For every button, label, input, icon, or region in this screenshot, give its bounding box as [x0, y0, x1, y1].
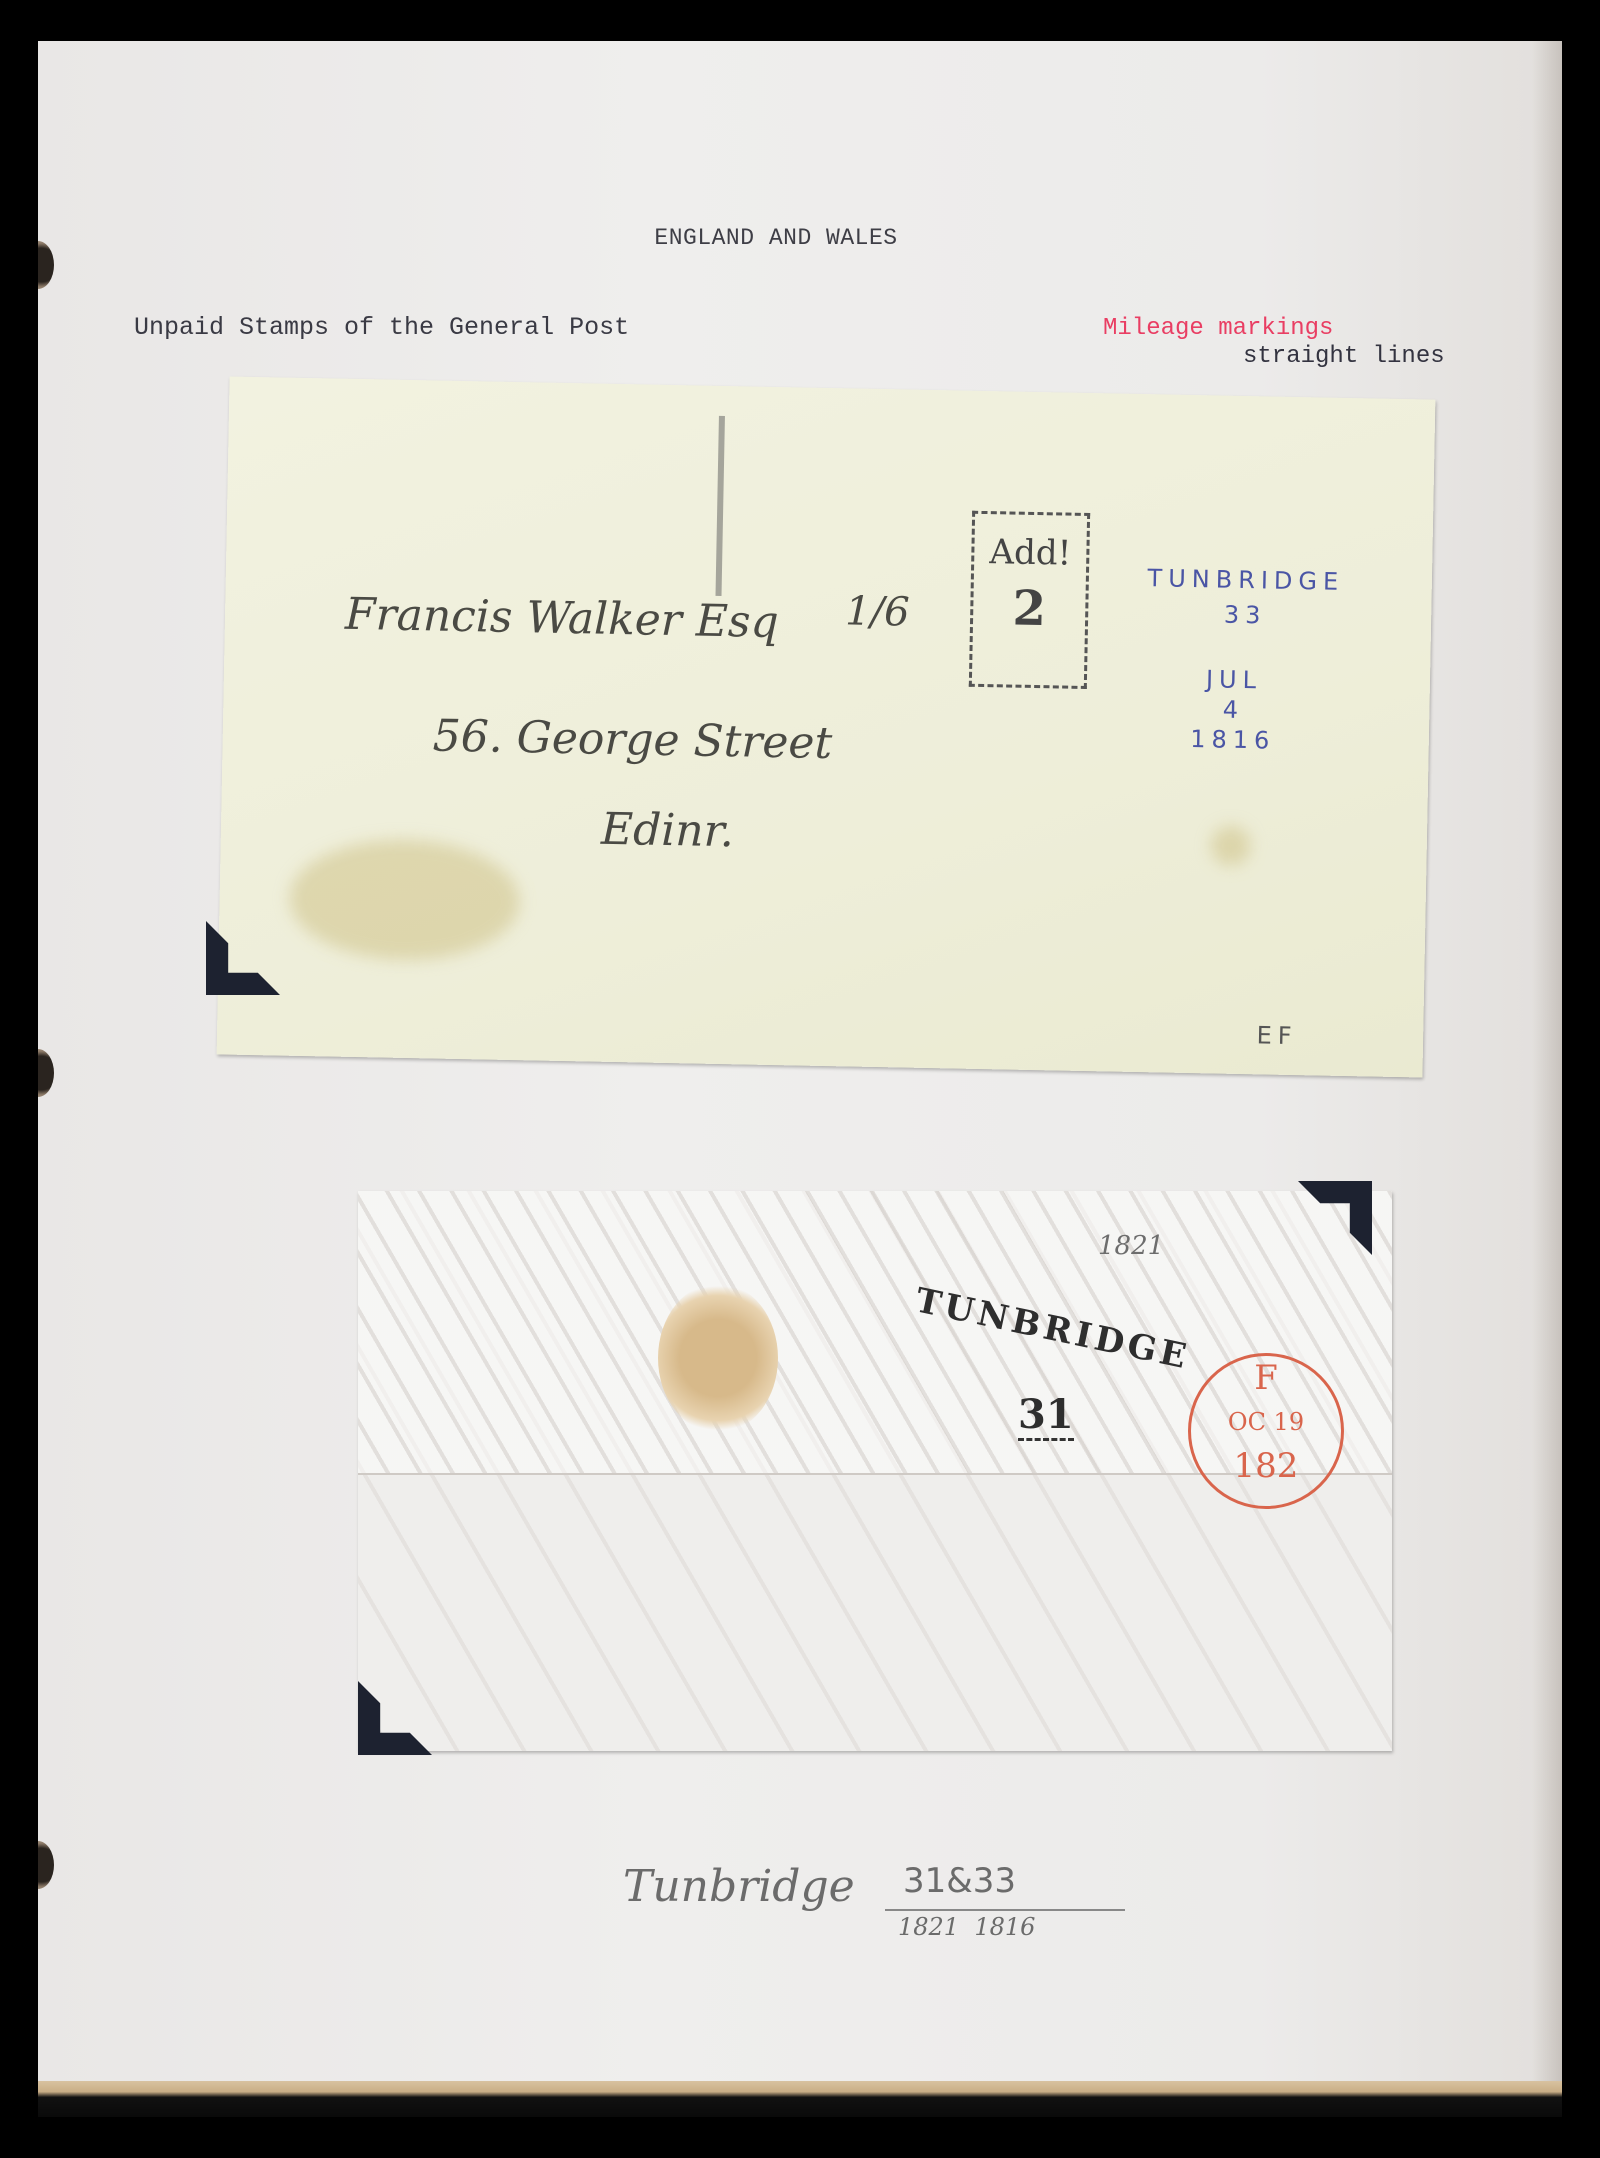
address-line: Edinr.	[601, 804, 735, 858]
binder-hole	[38, 1841, 54, 1889]
stain	[288, 838, 520, 962]
grade-note: EF	[1237, 1021, 1318, 1051]
pencil-note-day: 4	[1163, 694, 1304, 725]
pencil-note-town: TUNBRIDGE	[1146, 564, 1347, 596]
pencil-note-year: 1816	[1163, 724, 1304, 755]
stain	[1210, 825, 1251, 866]
page-subtitle: Unpaid Stamps of the General Post	[134, 313, 629, 342]
subcategory-label: straight lines	[1243, 343, 1445, 370]
pencil-note-mileage: 33	[1145, 599, 1346, 631]
rate-marking: 1/6	[845, 588, 910, 635]
page-edge-shadow	[1532, 41, 1562, 2117]
red-dated-postmark: F OC 19 182	[1188, 1353, 1344, 1509]
category-label: Mileage markings	[1103, 315, 1333, 342]
pencil-note-month: JUL	[1164, 664, 1305, 695]
torn-page-edge	[38, 2081, 1562, 2117]
wax-seal-stain	[658, 1283, 778, 1433]
caption-rule	[885, 1909, 1125, 1911]
cover-1821: 1821 TUNBRIDGE 31 F OC 19 182	[358, 1191, 1392, 1751]
page-heading: ENGLAND AND WALES	[38, 225, 1514, 251]
mileage-handstamp-number: 31	[1018, 1391, 1074, 1441]
year-note: 1821	[1098, 1231, 1164, 1261]
caption-years: 1821 1816	[898, 1913, 1035, 1941]
caption-town: Tunbridge	[623, 1861, 855, 1912]
address-line: 56. George Street	[432, 710, 832, 769]
caption-mileages: 31&33	[903, 1861, 1016, 1901]
additional-postage-handstamp: Add! 2	[969, 511, 1090, 689]
fold-mark	[715, 416, 724, 596]
album-page: ENGLAND AND WALES Unpaid Stamps of the G…	[38, 41, 1562, 2117]
cover-1816: Francis Walker Esq 56. George Street Edi…	[217, 376, 1436, 1077]
address-line: Francis Walker Esq	[345, 589, 780, 648]
binder-hole	[38, 1049, 54, 1097]
